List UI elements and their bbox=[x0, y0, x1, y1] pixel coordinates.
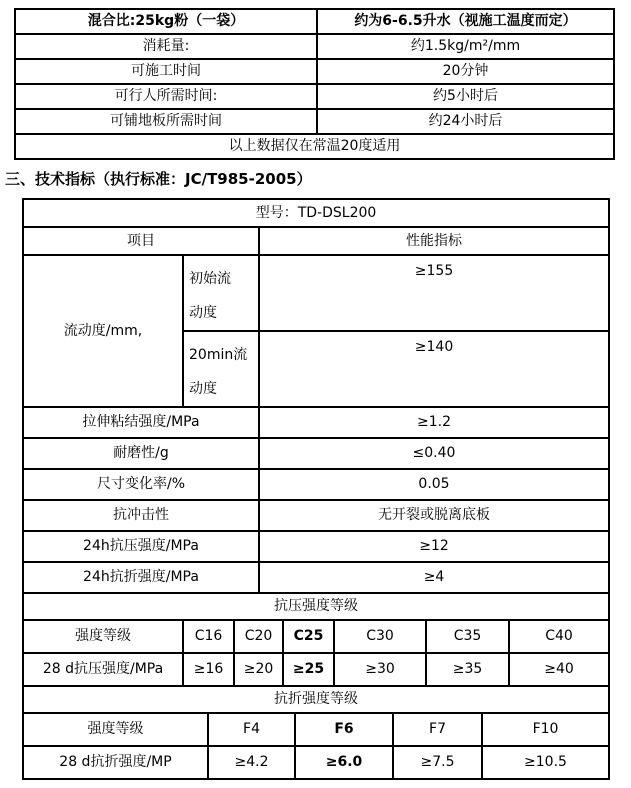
grade-c20: C20 bbox=[234, 620, 283, 653]
28d-flexural-label: 28 d抗折强度/MP bbox=[23, 746, 208, 779]
compressive-section-title: 抗压强度等级 bbox=[23, 593, 609, 620]
tensile-bond-value: ≥1.2 bbox=[259, 407, 609, 438]
mix-ratio-value: 约为6-6.5升水（视施工温度而定） bbox=[317, 9, 614, 34]
technical-spec-table: 型号：TD-DSL200 项目 性能指标 流动度/mm, 初始流 动度 ≥155… bbox=[22, 198, 608, 780]
work-time-value: 20分钟 bbox=[317, 59, 614, 84]
table-row: 强度等级 F4 F6 F7 F10 bbox=[23, 713, 609, 746]
24h-flexural-value: ≥4 bbox=[259, 562, 609, 593]
abrasion-label: 耐磨性/g bbox=[23, 438, 259, 469]
table-row: 抗折强度等级 bbox=[23, 686, 609, 713]
grade-c35: C35 bbox=[426, 620, 509, 653]
table-row: 消耗量: 约1.5kg/m²/mm bbox=[15, 34, 614, 59]
impact-resistance-label: 抗冲击性 bbox=[23, 500, 259, 531]
performance-header: 性能指标 bbox=[259, 227, 609, 255]
table-row: 24h抗折强度/MPa ≥4 bbox=[23, 562, 609, 593]
table-row: 28 d抗折强度/MP ≥4.2 ≥6.0 ≥7.5 ≥10.5 bbox=[23, 746, 609, 779]
28d-compressive-c30: ≥30 bbox=[334, 653, 426, 686]
mix-ratio-label: 混合比:25kg粉（一袋） bbox=[15, 9, 317, 34]
work-time-label: 可施工时间 bbox=[15, 59, 317, 84]
20min-fluidity-value: ≥140 bbox=[259, 331, 609, 407]
grade-c30: C30 bbox=[334, 620, 426, 653]
initial-fluidity-label: 初始流 动度 bbox=[183, 255, 259, 331]
table-row: 耐磨性/g ≤0.40 bbox=[23, 438, 609, 469]
walkable-time-label: 可行人所需时间: bbox=[15, 84, 317, 109]
grade-c40: C40 bbox=[509, 620, 609, 653]
table-row: 混合比:25kg粉（一袋） 约为6-6.5升水（视施工温度而定） bbox=[15, 9, 614, 34]
section-heading: 三、技术指标（执行标准：JC/T985-2005） bbox=[5, 170, 631, 188]
spec-main-table: 型号：TD-DSL200 项目 性能指标 流动度/mm, 初始流 动度 ≥155… bbox=[22, 198, 610, 594]
table-row: 以上数据仅在常温20度适用 bbox=[15, 134, 614, 159]
grade-c16: C16 bbox=[183, 620, 234, 653]
compressive-grade-table: 抗压强度等级 强度等级 C16 C20 C25 C30 C35 C40 28 d… bbox=[22, 592, 610, 687]
grade-f10: F10 bbox=[482, 713, 609, 746]
grade-header: 强度等级 bbox=[23, 713, 208, 746]
consumption-value: 约1.5kg/m²/mm bbox=[317, 34, 614, 59]
table-row: 尺寸变化率/% 0.05 bbox=[23, 469, 609, 500]
dimension-change-value: 0.05 bbox=[259, 469, 609, 500]
table-row: 拉伸粘结强度/MPa ≥1.2 bbox=[23, 407, 609, 438]
28d-compressive-c20: ≥20 bbox=[234, 653, 283, 686]
grade-header: 强度等级 bbox=[23, 620, 183, 653]
table-row: 可行人所需时间: 约5小时后 bbox=[15, 84, 614, 109]
table-row: 可铺地板所需时间 约24小时后 bbox=[15, 109, 614, 134]
walkable-time-value: 约5小时后 bbox=[317, 84, 614, 109]
table-row: 可施工时间 20分钟 bbox=[15, 59, 614, 84]
table-row: 28 d抗压强度/MPa ≥16 ≥20 ≥25 ≥30 ≥35 ≥40 bbox=[23, 653, 609, 686]
28d-compressive-c16: ≥16 bbox=[183, 653, 234, 686]
flooring-time-label: 可铺地板所需时间 bbox=[15, 109, 317, 134]
24h-flexural-label: 24h抗折强度/MPa bbox=[23, 562, 259, 593]
flexural-section-title: 抗折强度等级 bbox=[23, 686, 609, 713]
model-cell: 型号：TD-DSL200 bbox=[23, 199, 609, 227]
initial-fluidity-value: ≥155 bbox=[259, 255, 609, 331]
tensile-bond-label: 拉伸粘结强度/MPa bbox=[23, 407, 259, 438]
mixing-info-table: 混合比:25kg粉（一袋） 约为6-6.5升水（视施工温度而定） 消耗量: 约1… bbox=[14, 8, 615, 160]
28d-compressive-c35: ≥35 bbox=[426, 653, 509, 686]
24h-compressive-label: 24h抗压强度/MPa bbox=[23, 531, 259, 562]
table-row: 抗压强度等级 bbox=[23, 593, 609, 620]
flooring-time-value: 约24小时后 bbox=[317, 109, 614, 134]
24h-compressive-value: ≥12 bbox=[259, 531, 609, 562]
table-row: 抗冲击性 无开裂或脱离底板 bbox=[23, 500, 609, 531]
table-row: 流动度/mm, 初始流 动度 ≥155 bbox=[23, 255, 609, 331]
grade-f6: F6 bbox=[295, 713, 393, 746]
item-header: 项目 bbox=[23, 227, 259, 255]
grade-f7: F7 bbox=[393, 713, 482, 746]
28d-flexural-f4: ≥4.2 bbox=[208, 746, 295, 779]
flexural-grade-table: 抗折强度等级 强度等级 F4 F6 F7 F10 28 d抗折强度/MP ≥4.… bbox=[22, 685, 610, 780]
grade-c25: C25 bbox=[283, 620, 334, 653]
28d-flexural-f7: ≥7.5 bbox=[393, 746, 482, 779]
grade-f4: F4 bbox=[208, 713, 295, 746]
impact-resistance-value: 无开裂或脱离底板 bbox=[259, 500, 609, 531]
28d-compressive-c25: ≥25 bbox=[283, 653, 334, 686]
28d-flexural-f10: ≥10.5 bbox=[482, 746, 609, 779]
temperature-note: 以上数据仅在常温20度适用 bbox=[15, 134, 614, 159]
fluidity-label: 流动度/mm, bbox=[23, 255, 183, 407]
20min-fluidity-label: 20min流 动度 bbox=[183, 331, 259, 407]
table-row: 项目 性能指标 bbox=[23, 227, 609, 255]
28d-compressive-label: 28 d抗压强度/MPa bbox=[23, 653, 183, 686]
table-row: 型号：TD-DSL200 bbox=[23, 199, 609, 227]
dimension-change-label: 尺寸变化率/% bbox=[23, 469, 259, 500]
table-row: 24h抗压强度/MPa ≥12 bbox=[23, 531, 609, 562]
abrasion-value: ≤0.40 bbox=[259, 438, 609, 469]
consumption-label: 消耗量: bbox=[15, 34, 317, 59]
28d-compressive-c40: ≥40 bbox=[509, 653, 609, 686]
table-row: 强度等级 C16 C20 C25 C30 C35 C40 bbox=[23, 620, 609, 653]
28d-flexural-f6: ≥6.0 bbox=[295, 746, 393, 779]
